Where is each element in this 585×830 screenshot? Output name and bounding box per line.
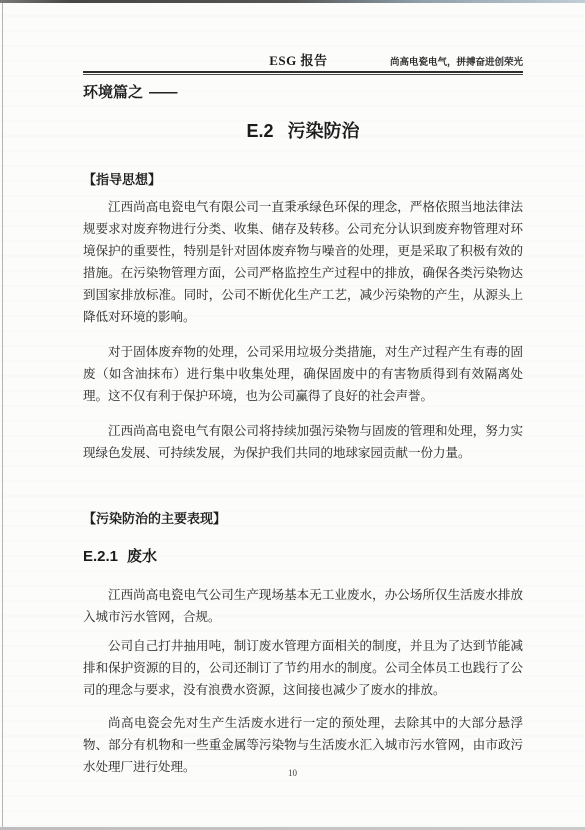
performance-label: 【污染防治的主要表现】 — [83, 510, 523, 528]
eyebrow-label: 环境篇之 — [83, 84, 143, 101]
page-number: 10 — [0, 768, 585, 778]
subsection-number: E.2.1 — [83, 548, 118, 565]
header-rule-thick — [83, 71, 523, 73]
subsection-title: 废水 — [127, 548, 157, 565]
header-rule-thin — [83, 74, 523, 75]
page-header: ESG 报告 尚高电瓷电气，拼搏奋进创荣光 — [83, 53, 523, 69]
guiding-paragraph-3: 江西尚高电瓷电气有限公司将持续加强污染物与固废的管理和处理，努力实现绿色发展、可… — [83, 420, 523, 464]
report-page: ESG 报告 尚高电瓷电气，拼搏奋进创荣光 环境篇之—— E.2污染防治 【指导… — [0, 0, 585, 830]
guiding-paragraph-2: 对于固体废弃物的处理，公司采用垃圾分类措施，对生产过程产生有毒的固废（如含油抹布… — [83, 341, 523, 407]
guiding-paragraph-1: 江西尚高电瓷电气有限公司一直秉承绿色环保的理念，严格依照当地法律法规要求对废弃物… — [83, 196, 523, 328]
scan-left-edge — [2, 3, 3, 827]
chapter-number: E.2 — [246, 121, 273, 141]
header-title: ESG 报告 — [269, 50, 327, 69]
guiding-thought-label: 【指导思想】 — [83, 171, 523, 189]
header-slogan: 尚高电瓷电气，拼搏奋进创荣光 — [390, 54, 523, 68]
wastewater-paragraph-1: 江西尚高电瓷电气公司生产现场基本无工业废水，办公场所仅生活废水排放入城市污水管网… — [83, 584, 523, 628]
page-content: ESG 报告 尚高电瓷电气，拼搏奋进创荣光 环境篇之—— E.2污染防治 【指导… — [0, 53, 585, 778]
scan-top-edge — [0, 0, 585, 3]
chapter-heading: E.2污染防治 — [83, 119, 523, 143]
eyebrow: 环境篇之—— — [83, 83, 523, 103]
eyebrow-dash: —— — [149, 84, 176, 101]
subsection-heading: E.2.1废水 — [83, 547, 523, 567]
chapter-title: 污染防治 — [288, 121, 360, 141]
wastewater-paragraph-2: 公司自己打井抽用吨，制订废水管理方面相关的制度，并且为了达到节能减排和保护资源的… — [83, 635, 523, 701]
